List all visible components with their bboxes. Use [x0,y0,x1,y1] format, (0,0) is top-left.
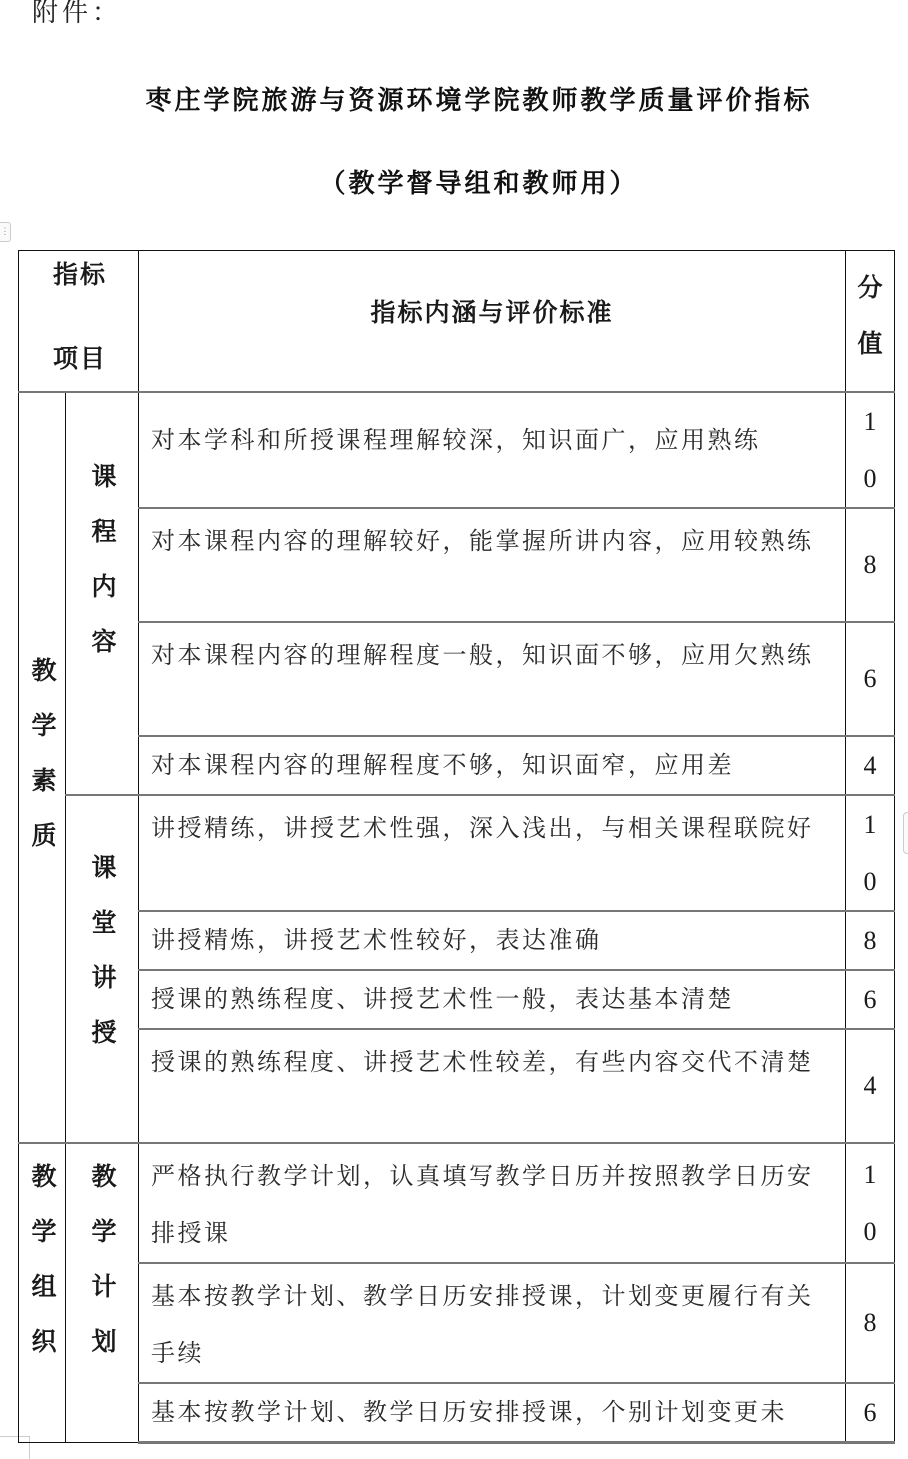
subcategory-label: 教学计划 [84,1155,120,1391]
criteria-cell: 讲授精练，讲授艺术性强，深入浅出，与相关课程联院好 [139,795,846,911]
score-digit: 1 [846,1146,894,1203]
score-cell: 8 [846,1263,895,1383]
table-row: 基本按教学计划、教学日历安排授课，计划变更履行有关手续 8 [19,1263,895,1383]
table-row: 基本按教学计划、教学日历安排授课，个别计划变更未 6 [19,1383,895,1443]
document-subtitle: （教学督导组和教师用） [25,163,908,200]
header-item-cell: 指标 项目 [19,251,139,392]
score-cell: 6 [846,1383,895,1443]
score-cell: 8 [846,508,895,622]
table-row: 授课的熟练程度、讲授艺术性较差，有些内容交代不清楚 4 [19,1029,895,1143]
score-digit: 0 [846,853,894,910]
category-teaching-quality: 教学素质 [19,392,66,1143]
table-row: 对本课程内容的理解程度不够，知识面窄，应用差 4 [19,736,895,795]
score-cell: 4 [846,736,895,795]
document-title: 枣庄学院旅游与资源环境学院教师教学质量评价指标 [25,80,908,117]
subcategory-course-content: 课程内容 [66,392,139,795]
drag-handle-icon[interactable]: ⋮ [0,222,11,242]
criteria-cell: 对本学科和所授课程理解较深，知识面广，应用熟练 [139,392,846,508]
subcategory-teaching-plan: 教学计划 [66,1143,139,1443]
criteria-text: 对本课程内容的理解程度不够，知识面窄，应用差 [151,751,734,779]
criteria-cell: 对本课程内容的理解较好，能掌握所讲内容，应用较熟练 [139,508,846,622]
criteria-cell: 基本按教学计划、教学日历安排授课，计划变更履行有关手续 [139,1263,846,1383]
criteria-text: 对本学科和所授课程理解较深，知识面广，应用熟练 [151,426,761,454]
criteria-text: 严格执行教学计划，认真填写教学日历并按照教学日历安排授课 [151,1162,814,1247]
score-digit: 0 [846,1203,894,1260]
table-row: 对本课程内容的理解程度一般，知识面不够，应用欠熟练 6 [19,622,895,736]
table-row: 对本课程内容的理解较好，能掌握所讲内容，应用较熟练 8 [19,508,895,622]
score-cell: 6 [846,622,895,736]
criteria-text: 对本课程内容的理解程度一般，知识面不够，应用欠熟练 [151,641,814,669]
table-row: 讲授精炼，讲授艺术性较好，表达准确 8 [19,911,895,970]
criteria-cell: 基本按教学计划、教学日历安排授课，个别计划变更未 [139,1383,846,1443]
criteria-cell: 对本课程内容的理解程度一般，知识面不够，应用欠熟练 [139,622,846,736]
criteria-text: 讲授精练，讲授艺术性强，深入浅出，与相关课程联院好 [151,814,814,842]
header-score: 分 值 [846,251,895,392]
criteria-text: 授课的熟练程度、讲授艺术性较差，有些内容交代不清楚 [151,1048,814,1076]
header-criteria-label: 指标内涵与评价标准 [370,298,613,327]
evaluation-table: 指标 项目 指标内涵与评价标准 分 值 教学素质 课程内容 对本学科和所授课程理… [18,250,895,1444]
table-row: 课堂讲授 讲授精练，讲授艺术性强，深入浅出，与相关课程联院好 1 0 [19,795,895,911]
header-criteria: 指标内涵与评价标准 [139,251,846,392]
criteria-text: 基本按教学计划、教学日历安排授课，计划变更履行有关手续 [151,1282,814,1367]
score-cell: 1 0 [846,1143,895,1263]
category-label: 教学素质 [24,649,60,885]
scroll-handle[interactable] [903,812,908,854]
category-teaching-organization: 教学组织 [19,1143,66,1443]
header-row: 指标 项目 指标内涵与评价标准 分 值 [19,251,895,392]
criteria-cell: 严格执行教学计划，认真填写教学日历并按照教学日历安排授课 [139,1143,846,1263]
criteria-cell: 对本课程内容的理解程度不够，知识面窄，应用差 [139,736,846,795]
criteria-text: 授课的熟练程度、讲授艺术性一般，表达基本清楚 [151,985,734,1013]
score-cell: 4 [846,1029,895,1143]
attachment-label: 附件： [32,0,122,29]
criteria-text: 基本按教学计划、教学日历安排授课，个别计划变更未 [151,1398,787,1426]
subcategory-label: 课堂讲授 [84,846,120,1082]
score-cell: 8 [846,911,895,970]
criteria-text: 对本课程内容的理解较好，能掌握所讲内容，应用较熟练 [151,527,814,555]
header-score-line2: 值 [846,316,894,372]
score-cell: 6 [846,970,895,1029]
header-score-line1: 分 [846,260,894,316]
criteria-text: 讲授精炼，讲授艺术性较好，表达准确 [151,926,602,954]
subcategory-classroom-teaching: 课堂讲授 [66,795,139,1143]
criteria-cell: 授课的熟练程度、讲授艺术性一般，表达基本清楚 [139,970,846,1029]
category-label: 教学组织 [24,1155,60,1391]
header-item-line1: 指标 [53,255,107,291]
score-digit: 0 [846,450,894,507]
score-digit: 1 [846,393,894,450]
table-row: 授课的熟练程度、讲授艺术性一般，表达基本清楚 6 [19,970,895,1029]
table-row: 教学素质 课程内容 对本学科和所授课程理解较深，知识面广，应用熟练 1 0 [19,392,895,508]
header-item-line2: 项目 [53,339,107,375]
score-cell: 1 0 [846,795,895,911]
score-cell: 1 0 [846,392,895,508]
score-digit: 1 [846,796,894,853]
criteria-cell: 授课的熟练程度、讲授艺术性较差，有些内容交代不清楚 [139,1029,846,1143]
subcategory-label: 课程内容 [84,455,120,691]
criteria-cell: 讲授精炼，讲授艺术性较好，表达准确 [139,911,846,970]
table-row: 教学组织 教学计划 严格执行教学计划，认真填写教学日历并按照教学日历安排授课 1… [19,1143,895,1263]
